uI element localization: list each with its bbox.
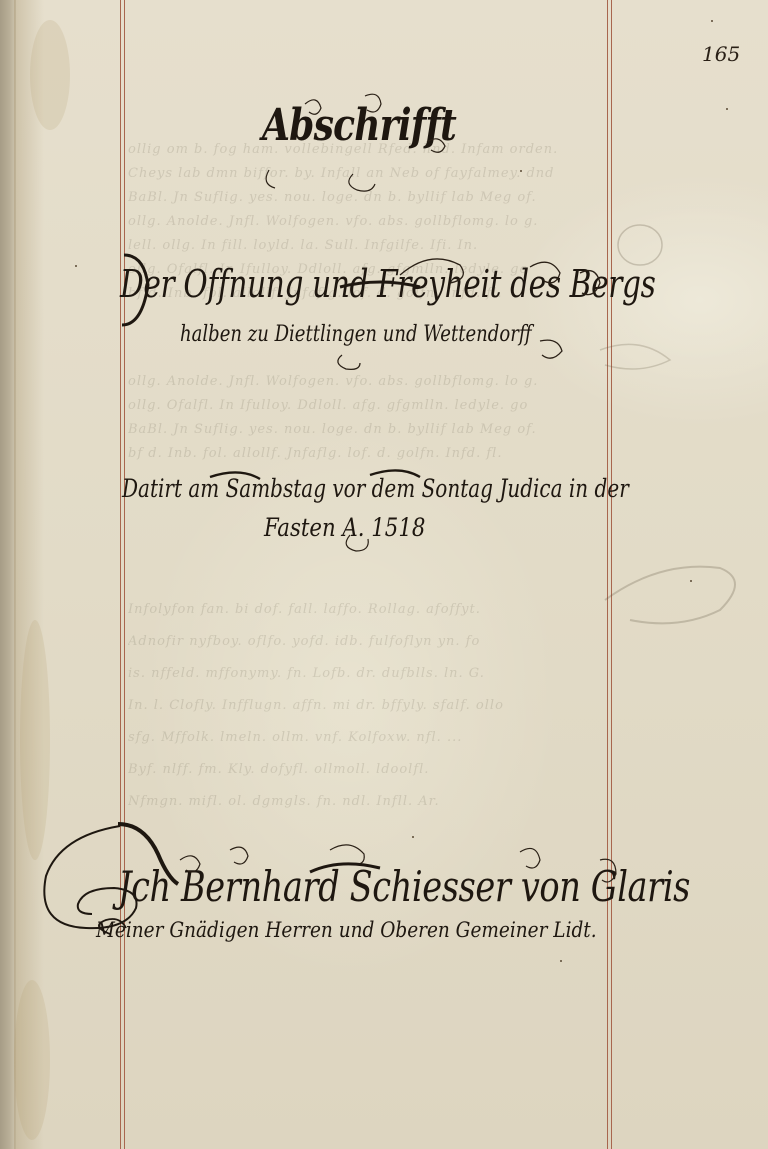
bleed-line: ollg. Anolde. Jnfl. Wolfogen. vfo. abs. … bbox=[128, 210, 606, 234]
dating-line-2: Fasten A. 1518 bbox=[264, 513, 425, 542]
bleed-line: Byf. nlff. fm. Kly. dofyfl. ollmoll. ldo… bbox=[128, 754, 606, 786]
bleed-through-text-mid: ollg. Anolde. Jnfl. Wolfogen. vfo. abs. … bbox=[128, 370, 606, 466]
heading-line-1: Der Offnung und Freyheit des Bergs bbox=[120, 262, 655, 306]
document-title: Abschrifft bbox=[262, 100, 456, 151]
ink-speck bbox=[560, 960, 562, 962]
bleed-line: ollg. Anolde. Jnfl. Wolfogen. vfo. abs. … bbox=[128, 370, 606, 394]
manuscript-page: ollig om b. fog ham. vollebingell Rfed. … bbox=[0, 0, 768, 1149]
ink-speck bbox=[412, 836, 414, 838]
bleed-line: In. l. Clofly. Infflugn. affn. mi dr. bf… bbox=[128, 690, 606, 722]
water-stain-edge bbox=[14, 0, 44, 1149]
bleed-line: Nfmgn. mifl. ol. dgmgls. fn. ndl. Infll.… bbox=[128, 786, 606, 818]
bleed-line: bf d. Inb. fol. allollf. Jnfaflg. lof. d… bbox=[128, 442, 606, 466]
right-margin-rule bbox=[607, 0, 612, 1149]
bleed-line: BaBl. Jn Suflig. yes. nou. loge. dn b. b… bbox=[128, 186, 606, 210]
ink-speck bbox=[690, 580, 692, 582]
ink-speck bbox=[75, 265, 77, 267]
ink-speck bbox=[520, 170, 522, 172]
bleed-line: lell. ollg. In fill. loyld. la. Sull. In… bbox=[128, 234, 606, 258]
issuer-title-line: Meiner Gnädigen Herren und Oberen Gemein… bbox=[96, 918, 597, 942]
bleed-line: Cheys lab dmn biffor. by. Infall an Neb … bbox=[128, 162, 606, 186]
issuer-name-line: Jch Bernhard Schiesser von Glaris bbox=[118, 862, 690, 911]
bleed-line: sfg. Mffolk. lmeln. ollm. vnf. Kolfoxw. … bbox=[128, 722, 606, 754]
ink-speck bbox=[726, 108, 728, 110]
water-stain bbox=[30, 20, 70, 130]
folio-number: 165 bbox=[702, 42, 740, 66]
bleed-line: Infolyfon fan. bi dof. fall. laffo. Roll… bbox=[128, 594, 606, 626]
bleed-line: Adnofir nyfboy. oflfo. yofd. idb. fulfof… bbox=[128, 626, 606, 658]
ink-speck bbox=[711, 20, 713, 22]
water-stain bbox=[20, 620, 50, 860]
bleed-through-text-lower: Infolyfon fan. bi dof. fall. laffo. Roll… bbox=[128, 594, 606, 818]
bleed-line: BaBl. Jn Suflig. yes. nou. loge. dn b. b… bbox=[128, 418, 606, 442]
dating-line-1: Datirt am Sambstag vor dem Sontag Judica… bbox=[122, 474, 629, 503]
heading-line-2: halben zu Diettlingen und Wettendorff bbox=[180, 322, 532, 347]
water-stain bbox=[14, 980, 50, 1140]
bleed-line: is. nffeld. mffonymy. fn. Lofb. dr. dufb… bbox=[128, 658, 606, 690]
left-margin-rule bbox=[120, 0, 125, 1149]
bleed-line: ollg. Ofalfl. In Ifulloy. Ddloll. afg. g… bbox=[128, 394, 606, 418]
